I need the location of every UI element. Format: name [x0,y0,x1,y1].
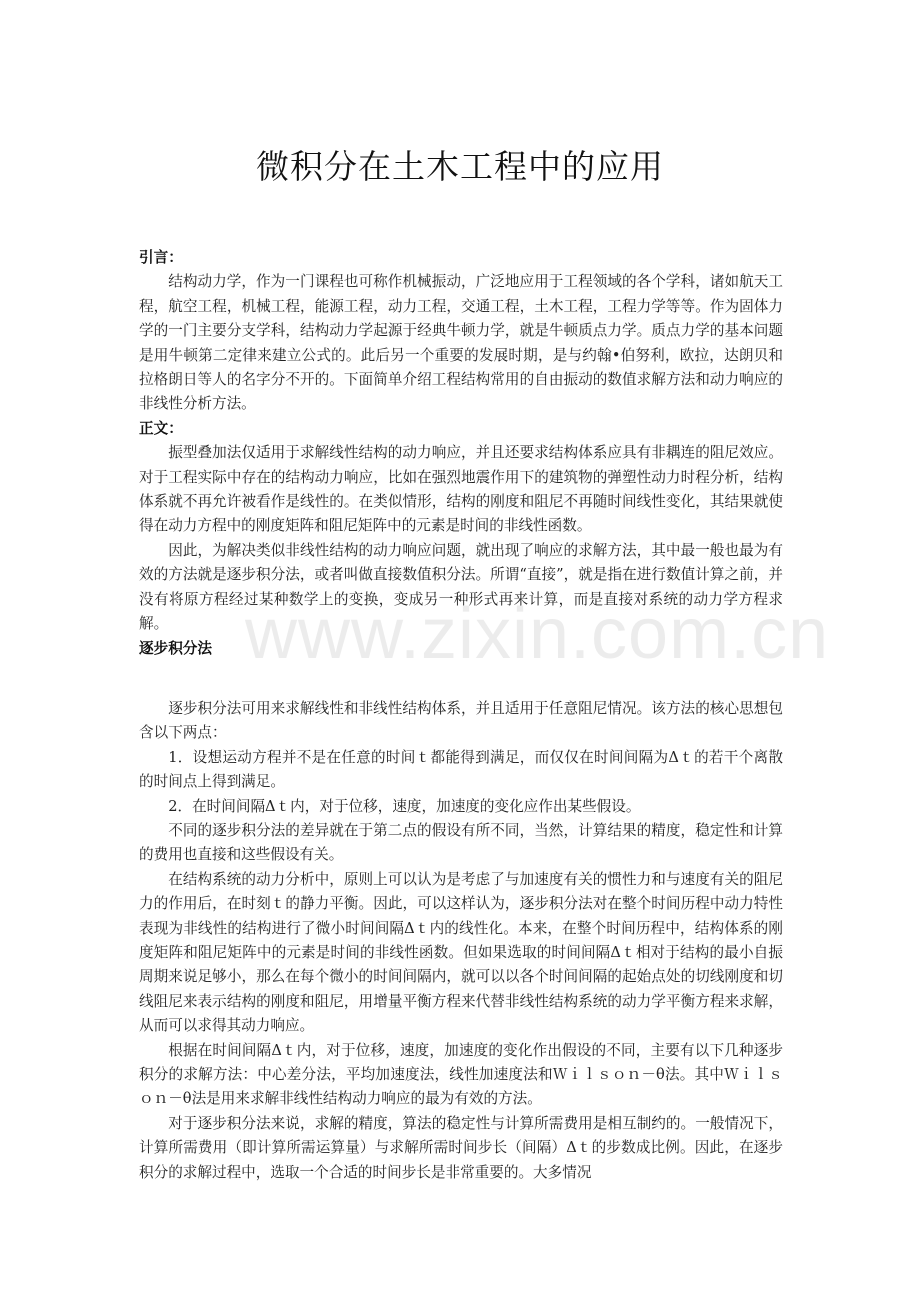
list-item-2: 2．在时间间隔Δｔ内，对于位移，速度，加速度的变化应作出某些假设。 [139,795,783,819]
list-item-1: 1．设想运动方程并不是在任意的时间ｔ都能得到满足，而仅仅在时间间隔为Δｔ的若干个… [139,746,783,795]
document-title: 微积分在土木工程中的应用 [0,143,920,191]
paragraph: 根据在时间间隔Δｔ内，对于位移，速度，加速度的变化作出假设的不同，主要有以下几种… [139,1039,783,1112]
blank-line [139,661,783,697]
section-main-text: 正文： 振型叠加法仅适用于求解线性结构的动力响应，并且还要求结构体系应具有非耦连… [139,417,783,637]
paragraph: 振型叠加法仅适用于求解线性结构的动力响应，并且还要求结构体系应具有非耦连的阻尼效… [139,441,783,539]
paragraph: 因此，为解决类似非线性结构的动力响应问题，就出现了响应的求解方法，其中最一般也最… [139,539,783,637]
paragraph: 在结构系统的动力分析中，原则上可以认为是考虑了与加速度有关的惯性力和与速度有关的… [139,868,783,1039]
paragraph: 对于逐步积分法来说，求解的精度，算法的稳定性与计算所需费用是相互制约的。一般情况… [139,1112,783,1185]
paragraph: 逐步积分法可用来求解线性和非线性结构体系，并且适用于任意阻尼情况。该方法的核心思… [139,697,783,746]
section-heading-main-text: 正文： [139,417,783,441]
document-page: www.zixin.com.cn 微积分在土木工程中的应用 引言： 结构动力学，… [0,0,920,1302]
section-heading-step-integration: 逐步积分法 [139,637,783,661]
document-body: 引言： 结构动力学，作为一门课程也可称作机械振动，广泛地应用于工程领域的各个学科… [139,246,783,1185]
section-step-integration: 逐步积分法 逐步积分法可用来求解线性和非线性结构体系，并且适用于任意阻尼情况。该… [139,637,783,1186]
paragraph: 不同的逐步积分法的差异就在于第二点的假设有所不同，当然，计算结果的精度，稳定性和… [139,819,783,868]
section-heading-introduction: 引言： [139,246,783,270]
section-introduction: 引言： 结构动力学，作为一门课程也可称作机械振动，广泛地应用于工程领域的各个学科… [139,246,783,417]
paragraph: 结构动力学，作为一门课程也可称作机械振动，广泛地应用于工程领域的各个学科，诸如航… [139,270,783,416]
